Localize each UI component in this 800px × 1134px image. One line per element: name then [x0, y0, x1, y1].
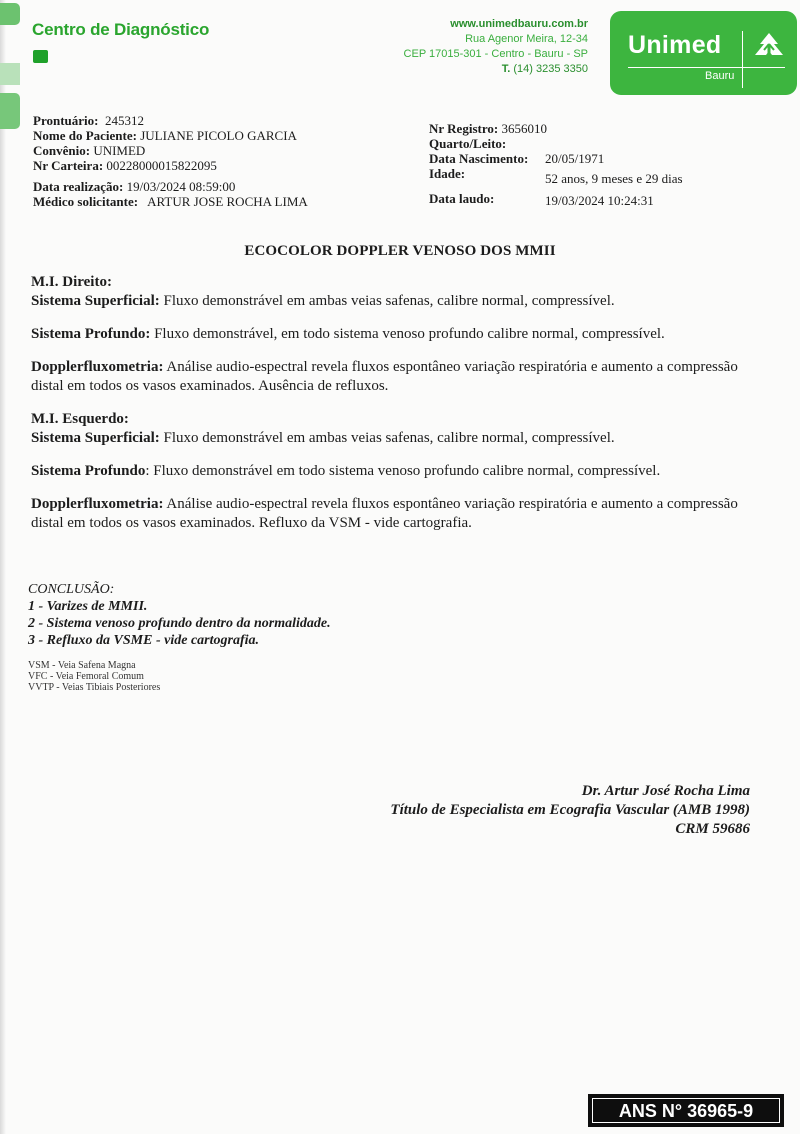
label: Nome do Paciente: [33, 128, 137, 143]
abbreviation: VFC - Veia Femoral Comum [28, 671, 160, 682]
idade-value: 52 anos, 9 meses e 29 dias [545, 171, 683, 186]
doctor-title: Título de Especialista em Ecografia Vasc… [390, 801, 750, 820]
label: Data laudo: [429, 191, 545, 206]
doctor-name: Dr. Artur José Rocha Lima [390, 782, 750, 801]
value: : Fluxo demonstrável em todo sistema ven… [145, 463, 660, 479]
label: Prontuário: [33, 113, 98, 128]
logo-sub: Bauru [705, 70, 734, 82]
unimed-tree-icon [751, 32, 787, 62]
phone: T. (14) 3235 3350 [404, 62, 588, 77]
edge-tab-decoration [0, 93, 20, 129]
unimed-logo: Unimed Bauru [610, 11, 797, 95]
label: Nr Carteira: [33, 158, 103, 173]
label: Sistema Profundo: [31, 326, 150, 342]
conclusion-heading: CONCLUSÃO: [28, 581, 331, 598]
phone-number: (14) 3235 3350 [513, 63, 588, 75]
page-edge-shadow [0, 0, 6, 1134]
label: Médico solicitante: [33, 194, 138, 209]
registro-value: 3656010 [501, 121, 547, 136]
label: Sistema Profundo [31, 463, 145, 479]
report-body: M.I. Direito: Sistema Superficial: Fluxo… [31, 273, 771, 533]
contact-block: www.unimedbauru.com.br Rua Agenor Meira,… [404, 17, 588, 77]
label: Data Nascimento: [429, 151, 545, 166]
data-laudo-value: 19/03/2024 10:24:31 [545, 193, 654, 208]
left-doppler: Dopplerfluxometria: Análise audio-espect… [31, 495, 771, 533]
carteira-value: 00228000015822095 [106, 158, 217, 173]
phone-label: T. [502, 63, 511, 75]
edge-tab-decoration [0, 3, 20, 25]
logo-name: Unimed [628, 31, 721, 60]
data-realizacao-value: 19/03/2024 08:59:00 [127, 179, 236, 194]
conclusion: CONCLUSÃO: 1 - Varizes de MMII. 2 - Sist… [28, 581, 331, 649]
prontuario-value: 245312 [105, 113, 144, 128]
value: Fluxo demonstrável em ambas veias safena… [164, 430, 615, 446]
abbreviation: VSM - Veia Safena Magna [28, 660, 160, 671]
logo-divider-h [628, 67, 785, 68]
conclusion-item: 2 - Sistema venoso profundo dentro da no… [28, 615, 331, 632]
label: Dopplerfluxometria: [31, 359, 163, 375]
logo-divider-v [742, 31, 743, 88]
abbreviation: VVTP - Veias Tibiais Posteriores [28, 682, 160, 693]
label: Sistema Superficial: [31, 430, 160, 446]
label: Quarto/Leito: [429, 136, 506, 151]
label: Dopplerfluxometria: [31, 496, 163, 512]
right-leg-heading: M.I. Direito: [31, 273, 771, 292]
conclusion-item: 3 - Refluxo da VSME - vide cartografia. [28, 632, 331, 649]
value: Fluxo demonstrável, em todo sistema veno… [154, 326, 665, 342]
brand-title: Centro de Diagnóstico [32, 20, 209, 40]
left-leg-heading: M.I. Esquerdo: [31, 410, 771, 429]
right-doppler: Dopplerfluxometria: Análise audio-espect… [31, 358, 771, 396]
patient-name: JULIANE PICOLO GARCIA [140, 128, 297, 143]
convenio-value: UNIMED [93, 143, 145, 158]
label: Data realização: [33, 179, 123, 194]
ans-badge: ANS N° 36965-9 [588, 1094, 784, 1127]
brand-square-icon [33, 50, 48, 63]
website-link[interactable]: www.unimedbauru.com.br [404, 17, 588, 32]
nascimento-value: 20/05/1971 [545, 151, 604, 166]
right-profundo: Sistema Profundo: Fluxo demonstrável, em… [31, 325, 771, 344]
address-line-1: Rua Agenor Meira, 12-34 [404, 32, 588, 47]
left-superficial: Sistema Superficial: Fluxo demonstrável … [31, 429, 771, 448]
doctor-crm: CRM 59686 [390, 820, 750, 839]
label: Sistema Superficial: [31, 293, 160, 309]
right-superficial: Sistema Superficial: Fluxo demonstrável … [31, 292, 771, 311]
patient-info-right: Nr Registro: 3656010 Quarto/Leito: Data … [429, 121, 683, 206]
label: Convênio: [33, 143, 90, 158]
edge-tab-decoration [0, 63, 20, 85]
address-line-2: CEP 17015-301 - Centro - Bauru - SP [404, 47, 588, 62]
conclusion-item: 1 - Varizes de MMII. [28, 598, 331, 615]
label: Nr Registro: [429, 121, 498, 136]
left-profundo: Sistema Profundo: Fluxo demonstrável em … [31, 462, 771, 481]
value: Fluxo demonstrável em ambas veias safena… [164, 293, 615, 309]
signature-block: Dr. Artur José Rocha Lima Título de Espe… [390, 782, 750, 839]
abbreviations-legend: VSM - Veia Safena Magna VFC - Veia Femor… [28, 660, 160, 693]
patient-info-left: Prontuário: 245312 Nome do Paciente: JUL… [33, 113, 308, 209]
report-title: ECOCOLOR DOPPLER VENOSO DOS MMII [0, 243, 800, 260]
label: Idade: [429, 166, 545, 181]
ans-number: ANS N° 36965-9 [592, 1098, 780, 1123]
medico-value: ARTUR JOSE ROCHA LIMA [147, 194, 308, 209]
